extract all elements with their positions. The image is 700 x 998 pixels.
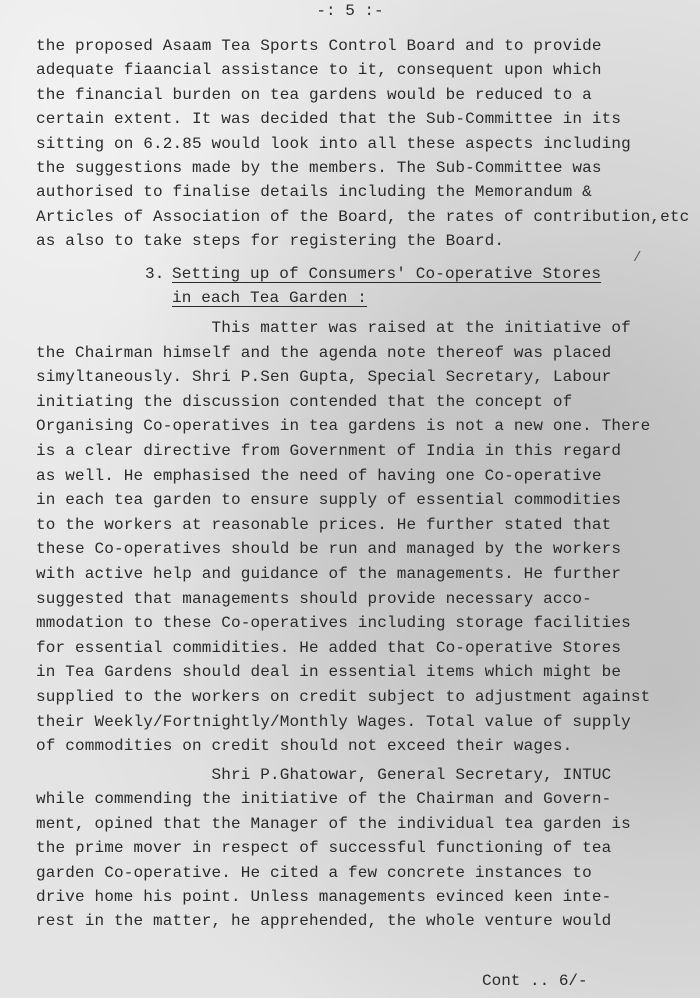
text-line: suggested that managements should provid… (36, 589, 592, 609)
text-line: simyltaneously. Shri P.Sen Gupta, Specia… (36, 367, 611, 387)
text-line: while commending the initiative of the C… (36, 789, 611, 809)
text-line: in Tea Gardens should deal in essential … (36, 662, 621, 682)
text-line: the financial burden on tea gardens woul… (36, 85, 592, 105)
text-line: sitting on 6.2.85 would look into all th… (36, 134, 631, 154)
continuation-note: Cont .. 6/- (482, 972, 588, 990)
text-line: of commodities on credit should not exce… (36, 736, 572, 756)
text-line: drive home his point. Unless managements… (36, 887, 611, 907)
text-line: initiating the discussion contended that… (36, 392, 572, 412)
text-line: their Weekly/Fortnightly/Monthly Wages. … (36, 712, 631, 732)
text-line: certain extent. It was decided that the … (36, 109, 621, 129)
text-line: is a clear directive from Government of … (36, 441, 621, 461)
text-line: the suggestions made by the members. The… (36, 158, 602, 178)
text-line: garden Co-operative. He cited a few conc… (36, 863, 592, 883)
text-line: Shri P.Ghatowar, General Secretary, INTU… (36, 765, 611, 785)
text-line: authorised to finalise details including… (36, 182, 592, 202)
text-line: Organising Co-operatives in tea gardens … (36, 416, 650, 436)
pen-mark: / (633, 250, 641, 266)
page-number: -: 5 :- (0, 2, 700, 20)
text-line: the Chairman himself and the agenda note… (36, 343, 611, 363)
text-line: the prime mover in respect of successful… (36, 838, 611, 858)
text-line: for essential commidities. He added that… (36, 638, 621, 658)
text-line: ment, opined that the Manager of the ind… (36, 814, 631, 834)
text-line: as well. He emphasised the need of havin… (36, 466, 602, 486)
section-number: 3. (145, 264, 165, 284)
text-line: as also to take steps for registering th… (36, 231, 504, 251)
text-line: mmodation to these Co-operatives includi… (36, 613, 631, 633)
section-heading-line-2: in each Tea Garden : (172, 288, 367, 308)
text-line: these Co-operatives should be run and ma… (36, 539, 621, 559)
text-line: Articles of Association of the Board, th… (36, 207, 689, 227)
section-heading-line-1: Setting up of Consumers' Co-operative St… (172, 264, 601, 284)
text-line: adequate fiaancial assistance to it, con… (36, 60, 602, 80)
text-line: rest in the matter, he apprehended, the … (36, 911, 611, 931)
text-line: the proposed Asaam Tea Sports Control Bo… (36, 36, 602, 56)
text-line: This matter was raised at the initiative… (36, 318, 631, 338)
text-line: supplied to the workers on credit subjec… (36, 687, 650, 707)
text-line: in each tea garden to ensure supply of e… (36, 490, 621, 510)
text-line: with active help and guidance of the man… (36, 564, 621, 584)
text-line: to the workers at reasonable prices. He … (36, 515, 611, 535)
